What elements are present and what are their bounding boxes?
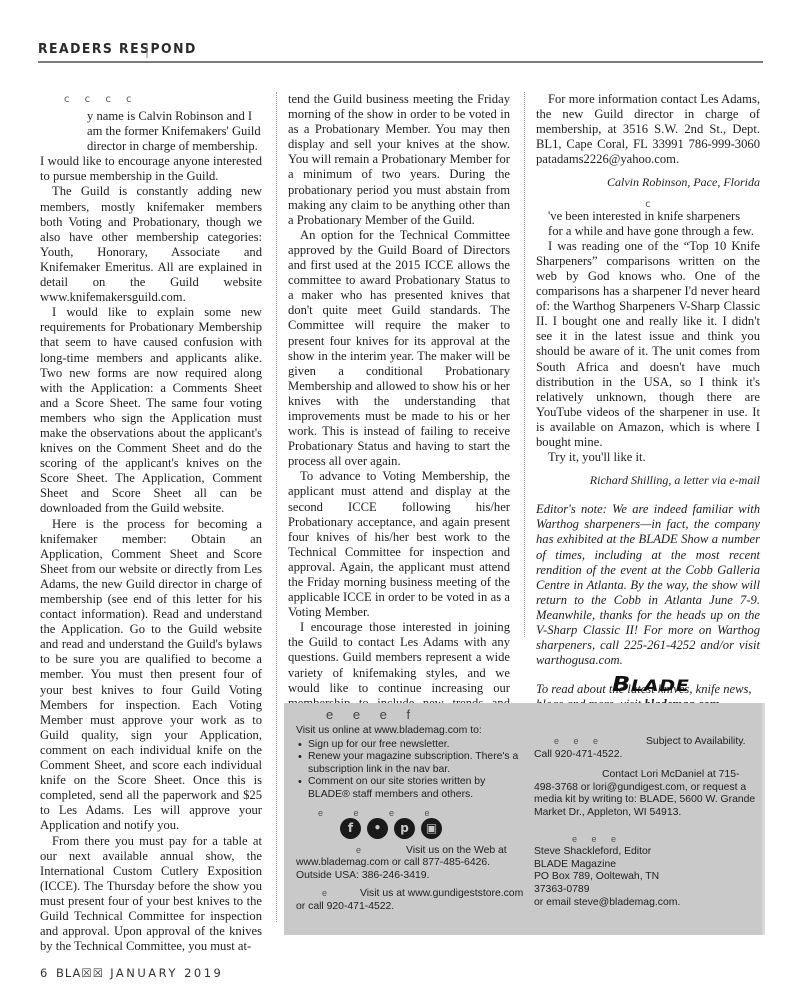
pinterest-icon[interactable]: p: [394, 818, 415, 839]
list-item: Comment on our site stories written by B…: [296, 776, 524, 801]
paragraph: I would like to encourage anyone interes…: [40, 154, 262, 184]
letter-title: c: [536, 191, 760, 209]
editorial-glyphs: e e e: [534, 835, 622, 844]
lead-line: director in charge of membership.: [40, 139, 262, 154]
social-icons: f • p ▣: [296, 818, 524, 839]
editorial-info: e e e Steve Shackleford, Editor BLADE Ma…: [534, 834, 756, 910]
paragraph: tend the Guild business meeting the Frid…: [288, 92, 510, 228]
twitter-icon[interactable]: •: [367, 818, 388, 839]
issue-date: JANUARY 2019: [110, 966, 223, 980]
online-intro: Visit us online at www.blademag.com to:: [296, 725, 524, 738]
instagram-icon[interactable]: ▣: [421, 818, 442, 839]
advertising-info: Contact Lori McDaniel at 715-498-3768 or…: [534, 769, 756, 819]
subscription-glyph: e: [296, 844, 406, 857]
lead-line: am the former Knifemakers' Guild: [40, 124, 262, 139]
section-title: READERS RESPOND: [38, 41, 197, 57]
column-divider: [276, 92, 277, 922]
editorial-line: BLADE Magazine: [534, 859, 756, 872]
info-box-heading: e e e f: [296, 709, 524, 725]
header-rule: [38, 61, 763, 63]
page-footer: 6 BLA☒☒ JANUARY 2019: [40, 966, 223, 980]
subscription-info: eVisit us on the Web at www.blademag.com…: [296, 844, 524, 883]
article-column-1: c c c c y name is Calvin Robinson and I …: [40, 92, 262, 954]
editorial-line: PO Box 789, Ooltewah, TN: [534, 871, 756, 884]
list-item: Sign up for our free newsletter.: [296, 739, 524, 752]
paragraph: An option for the Technical Committee ap…: [288, 228, 510, 470]
paragraph: I was reading one of the “Top 10 Knife S…: [536, 239, 760, 450]
logo-cap: B: [612, 672, 631, 696]
article-column-2: tend the Guild business meeting the Frid…: [288, 92, 510, 741]
facebook-icon[interactable]: f: [340, 818, 361, 839]
paragraph: Try it, you'll like it.: [536, 450, 760, 465]
list-item: Renew your magazine subscription. There'…: [296, 751, 524, 776]
box-edge: [762, 703, 765, 935]
paragraph: For more information contact Les Adams, …: [536, 92, 760, 167]
back-issues-glyphs: e e e: [534, 735, 646, 748]
paragraph: The Guild is constantly adding new membe…: [40, 184, 262, 305]
spacer: [534, 709, 756, 735]
paragraph: To advance to Voting Membership, the app…: [288, 469, 510, 620]
info-box: e e e f Visit us online at www.blademag.…: [284, 703, 762, 935]
info-box-right: e e eSubject to Availability. Call 920-4…: [534, 709, 756, 909]
store-glyph: e: [296, 887, 360, 900]
magazine-name: BLA☒☒: [56, 966, 104, 980]
letter-signature: Richard Shilling, a letter via e-mail: [536, 473, 760, 488]
lead-line: for a while and have gone through a few.: [536, 224, 760, 239]
paragraph: Here is the process for becoming a knife…: [40, 517, 262, 834]
lead-line: 've been interested in knife sharpeners: [536, 209, 760, 224]
online-list: Sign up for our free newsletter. Renew y…: [296, 739, 524, 802]
store-info: eVisit us at www.gundigeststore.com or c…: [296, 887, 524, 913]
header-separator: |: [145, 44, 149, 58]
lead-line: y name is Calvin Robinson and I: [40, 109, 262, 124]
letter-title-glyphs: c: [645, 199, 651, 210]
letter-title: c c c c: [40, 92, 262, 109]
logo-rest: LADE: [631, 676, 690, 695]
page-number: 6: [40, 966, 50, 980]
letter-title-glyphs: c c c c: [64, 92, 138, 107]
info-box-left: e e e f Visit us online at www.blademag.…: [296, 709, 524, 914]
letter-signature: Calvin Robinson, Pace, Florida: [536, 175, 760, 190]
article-column-3: For more information contact Les Adams, …: [536, 92, 760, 712]
paragraph: I would like to explain some new require…: [40, 305, 262, 516]
paragraph: From there you must pay for a table at o…: [40, 834, 262, 955]
blade-logo: BLADE: [612, 672, 689, 696]
editorial-line: 37363-0789: [534, 884, 756, 897]
editorial-line: or email steve@blademag.com.: [534, 897, 756, 910]
social-labels: e e e e: [296, 807, 524, 818]
column-divider: [524, 92, 525, 637]
editors-note: Editor's note: We are indeed familiar wi…: [536, 502, 760, 668]
back-issues-info: e e eSubject to Availability. Call 920-4…: [534, 735, 756, 761]
editorial-line: Steve Shackleford, Editor: [534, 846, 756, 859]
advertising-text: Contact Lori McDaniel at 715-498-3768 or…: [534, 769, 755, 818]
